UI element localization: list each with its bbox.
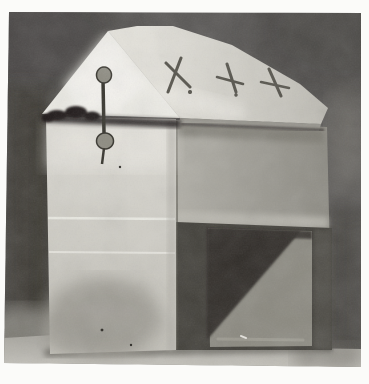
painting-area (0, 0, 369, 370)
texture-fine (3, 12, 361, 368)
painting-canvas (0, 0, 369, 384)
painting-photo (0, 0, 369, 384)
